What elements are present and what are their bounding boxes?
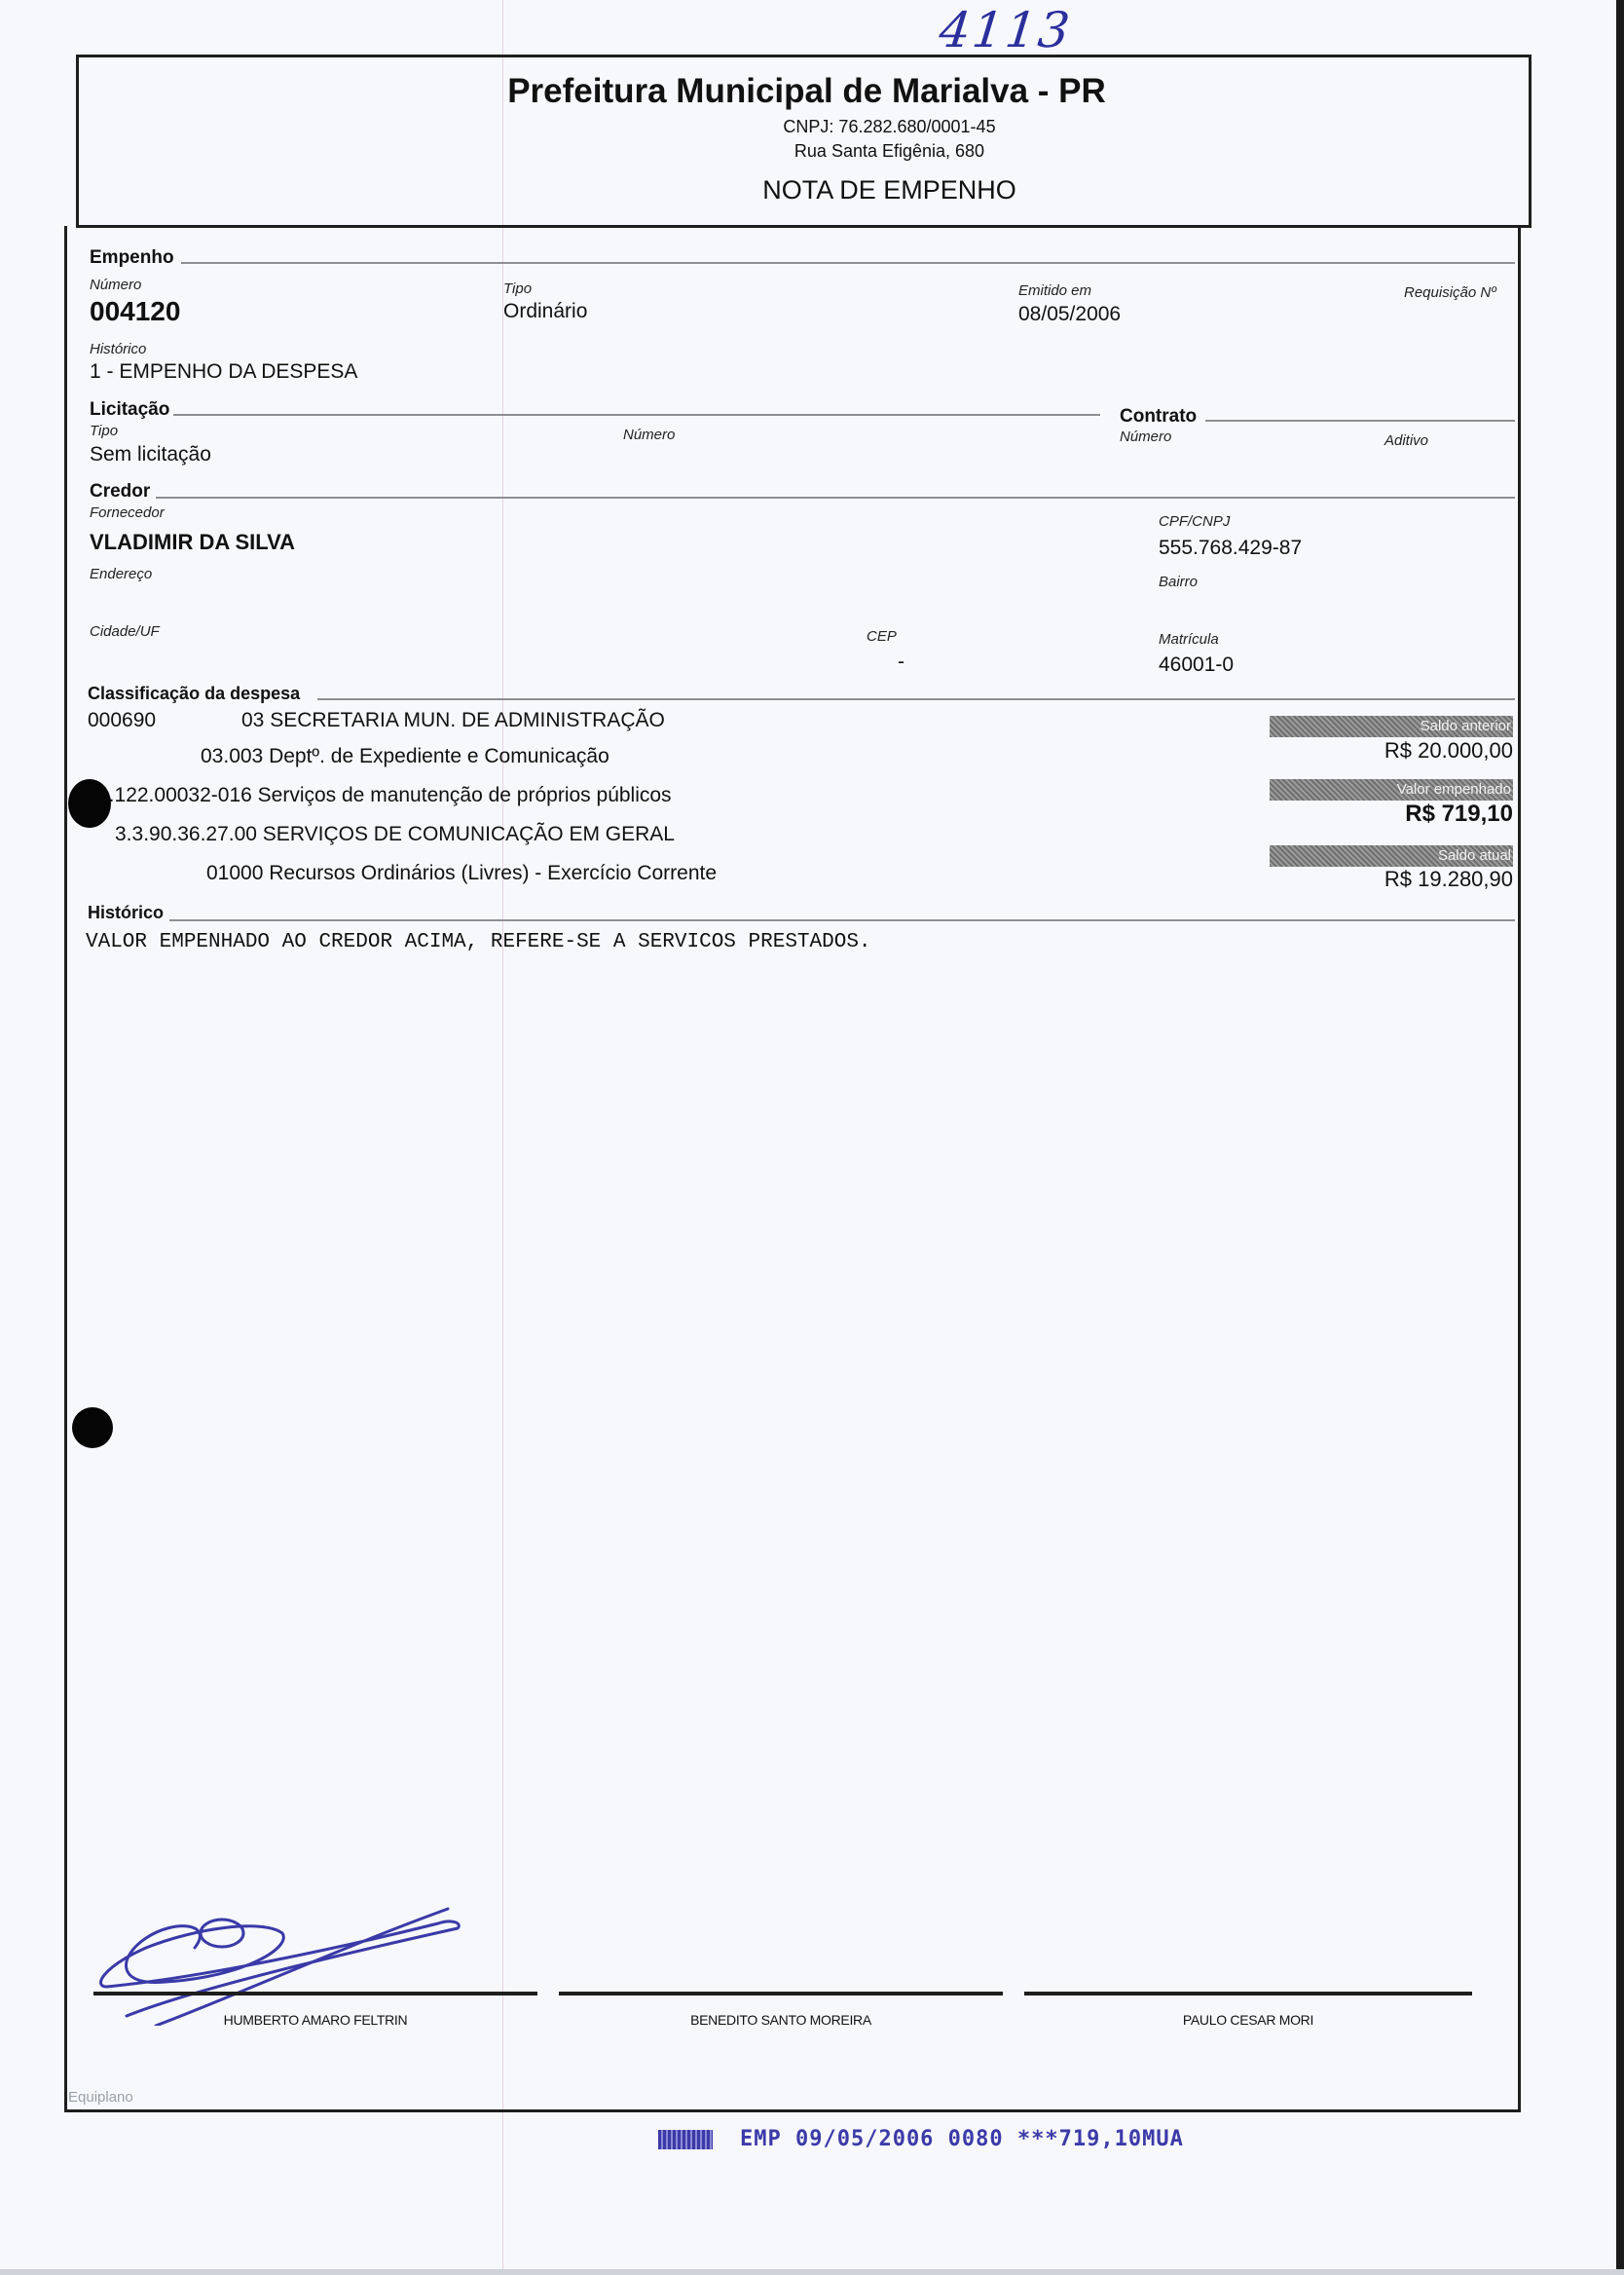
signature-line [93,1992,537,1995]
section-classificacao: Classificação da despesa [88,684,300,704]
contrato-aditivo-label: Aditivo [1384,432,1428,449]
handwritten-page-number: 4113 [937,2,1074,58]
cidade-label: Cidade/UF [90,623,160,640]
footer-brand: Equiplano [68,2089,133,2106]
empenho-historico-label: Histórico [90,341,146,357]
matricula-label: Matrícula [1159,631,1219,648]
section-empenho: Empenho [90,247,174,269]
empenho-numero-label: Número [90,277,141,293]
signatory-3: PAULO CESAR MORI [1024,2012,1472,2028]
divider [173,414,1100,416]
punch-hole [68,779,111,828]
dotacao-code: 000690 [88,709,156,732]
section-contrato: Contrato [1120,406,1197,428]
header-cnpj: CNPJ: 76.282.680/0001-45 [79,117,1534,137]
empenho-tipo: Ordinário [503,300,587,323]
classificacao-recurso: 01000 Recursos Ordinários (Livres) - Exe… [206,862,717,885]
licitacao-tipo-label: Tipo [90,423,118,439]
emitido-date: 08/05/2006 [1018,303,1121,326]
fornecedor-name: VLADIMIR DA SILVA [90,530,295,555]
bairro-label: Bairro [1159,574,1198,590]
licitacao-tipo: Sem licitação [90,443,211,466]
header-address: Rua Santa Efigênia, 680 [79,141,1534,162]
header-box: Prefeitura Municipal de Marialva - PR CN… [76,55,1532,228]
saldo-anterior-label: Saldo anterior [1270,716,1513,737]
stamp-text: EMP 09/05/2006 0080 ***719,10MUA [740,2127,1184,2151]
divider [156,497,1515,499]
classificacao-orgao: 03 SECRETARIA MUN. DE ADMINISTRAÇÃO [241,709,665,732]
divider [181,262,1515,264]
cpf-value: 555.768.429-87 [1159,537,1302,560]
requisicao-label: Requisição Nº [1404,284,1496,301]
divider [1205,420,1515,422]
signature-icon [88,1889,477,2026]
bank-logo-icon [658,2130,713,2149]
signatory-1: HUMBERTO AMARO FELTRIN [93,2012,537,2028]
empenho-tipo-label: Tipo [503,280,532,297]
classificacao-unidade: 03.003 Deptº. de Expediente e Comunicaçã… [201,745,609,768]
licitacao-numero-label: Número [623,427,675,443]
document-title: NOTA DE EMPENHO [79,175,1534,205]
divider [317,698,1515,700]
section-licitacao: Licitação [90,399,169,421]
document-body-box [64,226,1521,2112]
signature-line [1024,1992,1472,1995]
emitido-label: Emitido em [1018,282,1091,299]
valor-empenhado-label: Valor empenhado [1270,779,1513,801]
cep-value: - [898,651,904,674]
section-historico: Histórico [88,903,164,923]
saldo-atual-value: R$ 19.280,90 [1384,867,1513,892]
saldo-anterior-value: R$ 20.000,00 [1384,738,1513,764]
contrato-numero-label: Número [1120,429,1171,445]
empenho-numero: 004120 [90,296,180,327]
section-credor: Credor [90,481,150,503]
scan-edge [1616,0,1624,2275]
cpf-label: CPF/CNPJ [1159,513,1230,530]
historico-text: VALOR EMPENHADO AO CREDOR ACIMA, REFERE-… [86,931,871,953]
divider [169,919,1515,921]
saldo-atual-label: Saldo atual [1270,845,1513,867]
signature-line [559,1992,1003,1995]
scan-edge-bottom [0,2269,1624,2275]
classificacao-funcional: 4.122.00032-016 Serviços de manutenção d… [97,784,672,807]
valor-empenhado-value: R$ 719,10 [1405,801,1513,828]
classificacao-elemento: 3.3.90.36.27.00 SERVIÇOS DE COMUNICAÇÃO … [115,823,675,846]
cep-label: CEP [867,628,897,645]
municipality-title: Prefeitura Municipal de Marialva - PR [79,72,1534,111]
fornecedor-label: Fornecedor [90,504,165,521]
signatory-2: BENEDITO SANTO MOREIRA [559,2012,1003,2028]
matricula-value: 46001-0 [1159,653,1234,677]
authentication-stamp: EMP 09/05/2006 0080 ***719,10MUA [658,2127,1184,2151]
punch-hole [72,1407,113,1448]
empenho-historico: 1 - EMPENHO DA DESPESA [90,360,357,384]
endereco-label: Endereço [90,566,152,582]
